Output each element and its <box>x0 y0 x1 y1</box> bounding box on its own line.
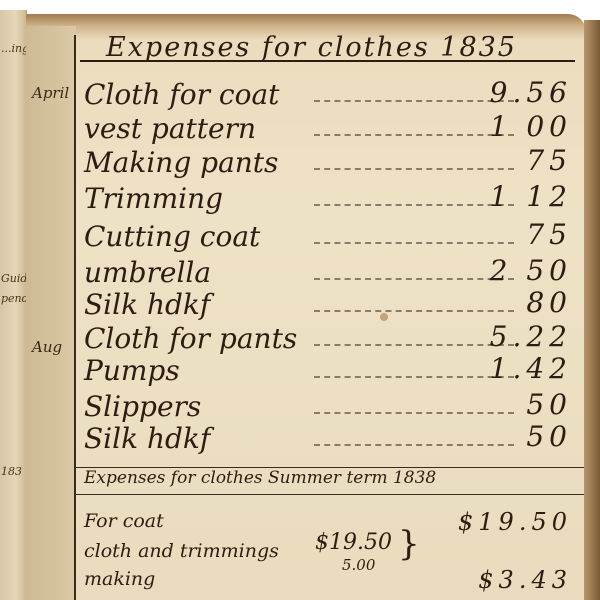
ledger-row: Silk hdkf 50 <box>84 422 584 458</box>
ledger-row: Silk hdkf 80 <box>84 288 584 324</box>
ledger-row: vest pattern 1 00 <box>84 112 584 148</box>
ledger-row: Cutting coat 75 <box>84 220 584 256</box>
item-label: Pumps <box>84 354 180 387</box>
page-gutter <box>26 26 76 600</box>
leader-dashes <box>314 344 514 346</box>
item-label: cloth and trimmings <box>84 540 279 562</box>
item-label: making <box>84 568 155 590</box>
sub-amount: $19.50 <box>315 530 392 555</box>
facing-page: ...ing st... Guide pend 183 <box>0 10 27 600</box>
item-amount: 50 <box>526 388 572 421</box>
section-divider <box>74 494 584 495</box>
ledger-row: Making pants 75 <box>84 146 584 182</box>
item-amount: $19.50 <box>458 508 572 536</box>
item-label: Cloth for pants <box>84 322 297 355</box>
leader-dashes <box>314 310 514 312</box>
ledger-row: Slippers 50 <box>84 390 584 426</box>
item-label: vest pattern <box>84 112 256 145</box>
ledger-row: making $3.43 <box>84 568 584 600</box>
item-amount: 2 50 <box>490 254 572 287</box>
item-amount: 80 <box>526 286 572 319</box>
page-edge <box>584 20 600 600</box>
leader-dashes <box>314 376 514 378</box>
margin-month-aug: Aug <box>32 338 62 356</box>
facing-page-text: 183 <box>1 465 22 478</box>
facing-page-text: pend <box>1 292 29 305</box>
item-amount: 75 <box>526 218 572 251</box>
ledger-row: Cloth for coat 9.56 <box>84 78 584 114</box>
item-label: umbrella <box>84 256 211 289</box>
item-amount: 5.22 <box>490 320 572 353</box>
item-label: Cloth for coat <box>84 78 279 111</box>
heading-strikethrough <box>80 60 575 62</box>
item-amount: 50 <box>526 420 572 453</box>
margin-month-april: April <box>32 84 69 102</box>
leader-dashes <box>314 100 514 102</box>
ledger-row: Pumps 1.42 <box>84 354 584 390</box>
item-label: For coat <box>84 510 164 532</box>
item-amount: 1 12 <box>490 180 572 213</box>
item-label: Silk hdkf <box>84 288 210 321</box>
ink-stain <box>380 313 388 321</box>
ledger-row: Trimming 1 12 <box>84 182 584 218</box>
leader-dashes <box>314 204 514 206</box>
margin-rule <box>74 35 76 600</box>
ledger-row: umbrella 2 50 <box>84 256 584 292</box>
section2-heading: Expenses for clothes Summer term 1838 <box>84 468 436 488</box>
item-label: Silk hdkf <box>84 422 210 455</box>
item-amount: 75 <box>526 144 572 177</box>
leader-dashes <box>314 278 514 280</box>
item-label: Trimming <box>84 182 223 215</box>
item-label: Making pants <box>84 146 278 179</box>
item-label: Slippers <box>84 390 201 423</box>
leader-dashes <box>314 134 514 136</box>
item-amount: 1 00 <box>490 110 572 143</box>
leader-dashes <box>314 444 514 446</box>
brace-mark: } <box>398 524 420 564</box>
leader-dashes <box>314 168 514 170</box>
item-label: Cutting coat <box>84 220 260 253</box>
item-amount: 1.42 <box>490 352 572 385</box>
item-amount: $3.43 <box>478 566 572 594</box>
leader-dashes <box>314 412 514 414</box>
leader-dashes <box>314 242 514 244</box>
section1-heading: Expenses for clothes 1835 <box>106 32 517 63</box>
item-amount: 9.56 <box>490 76 572 109</box>
